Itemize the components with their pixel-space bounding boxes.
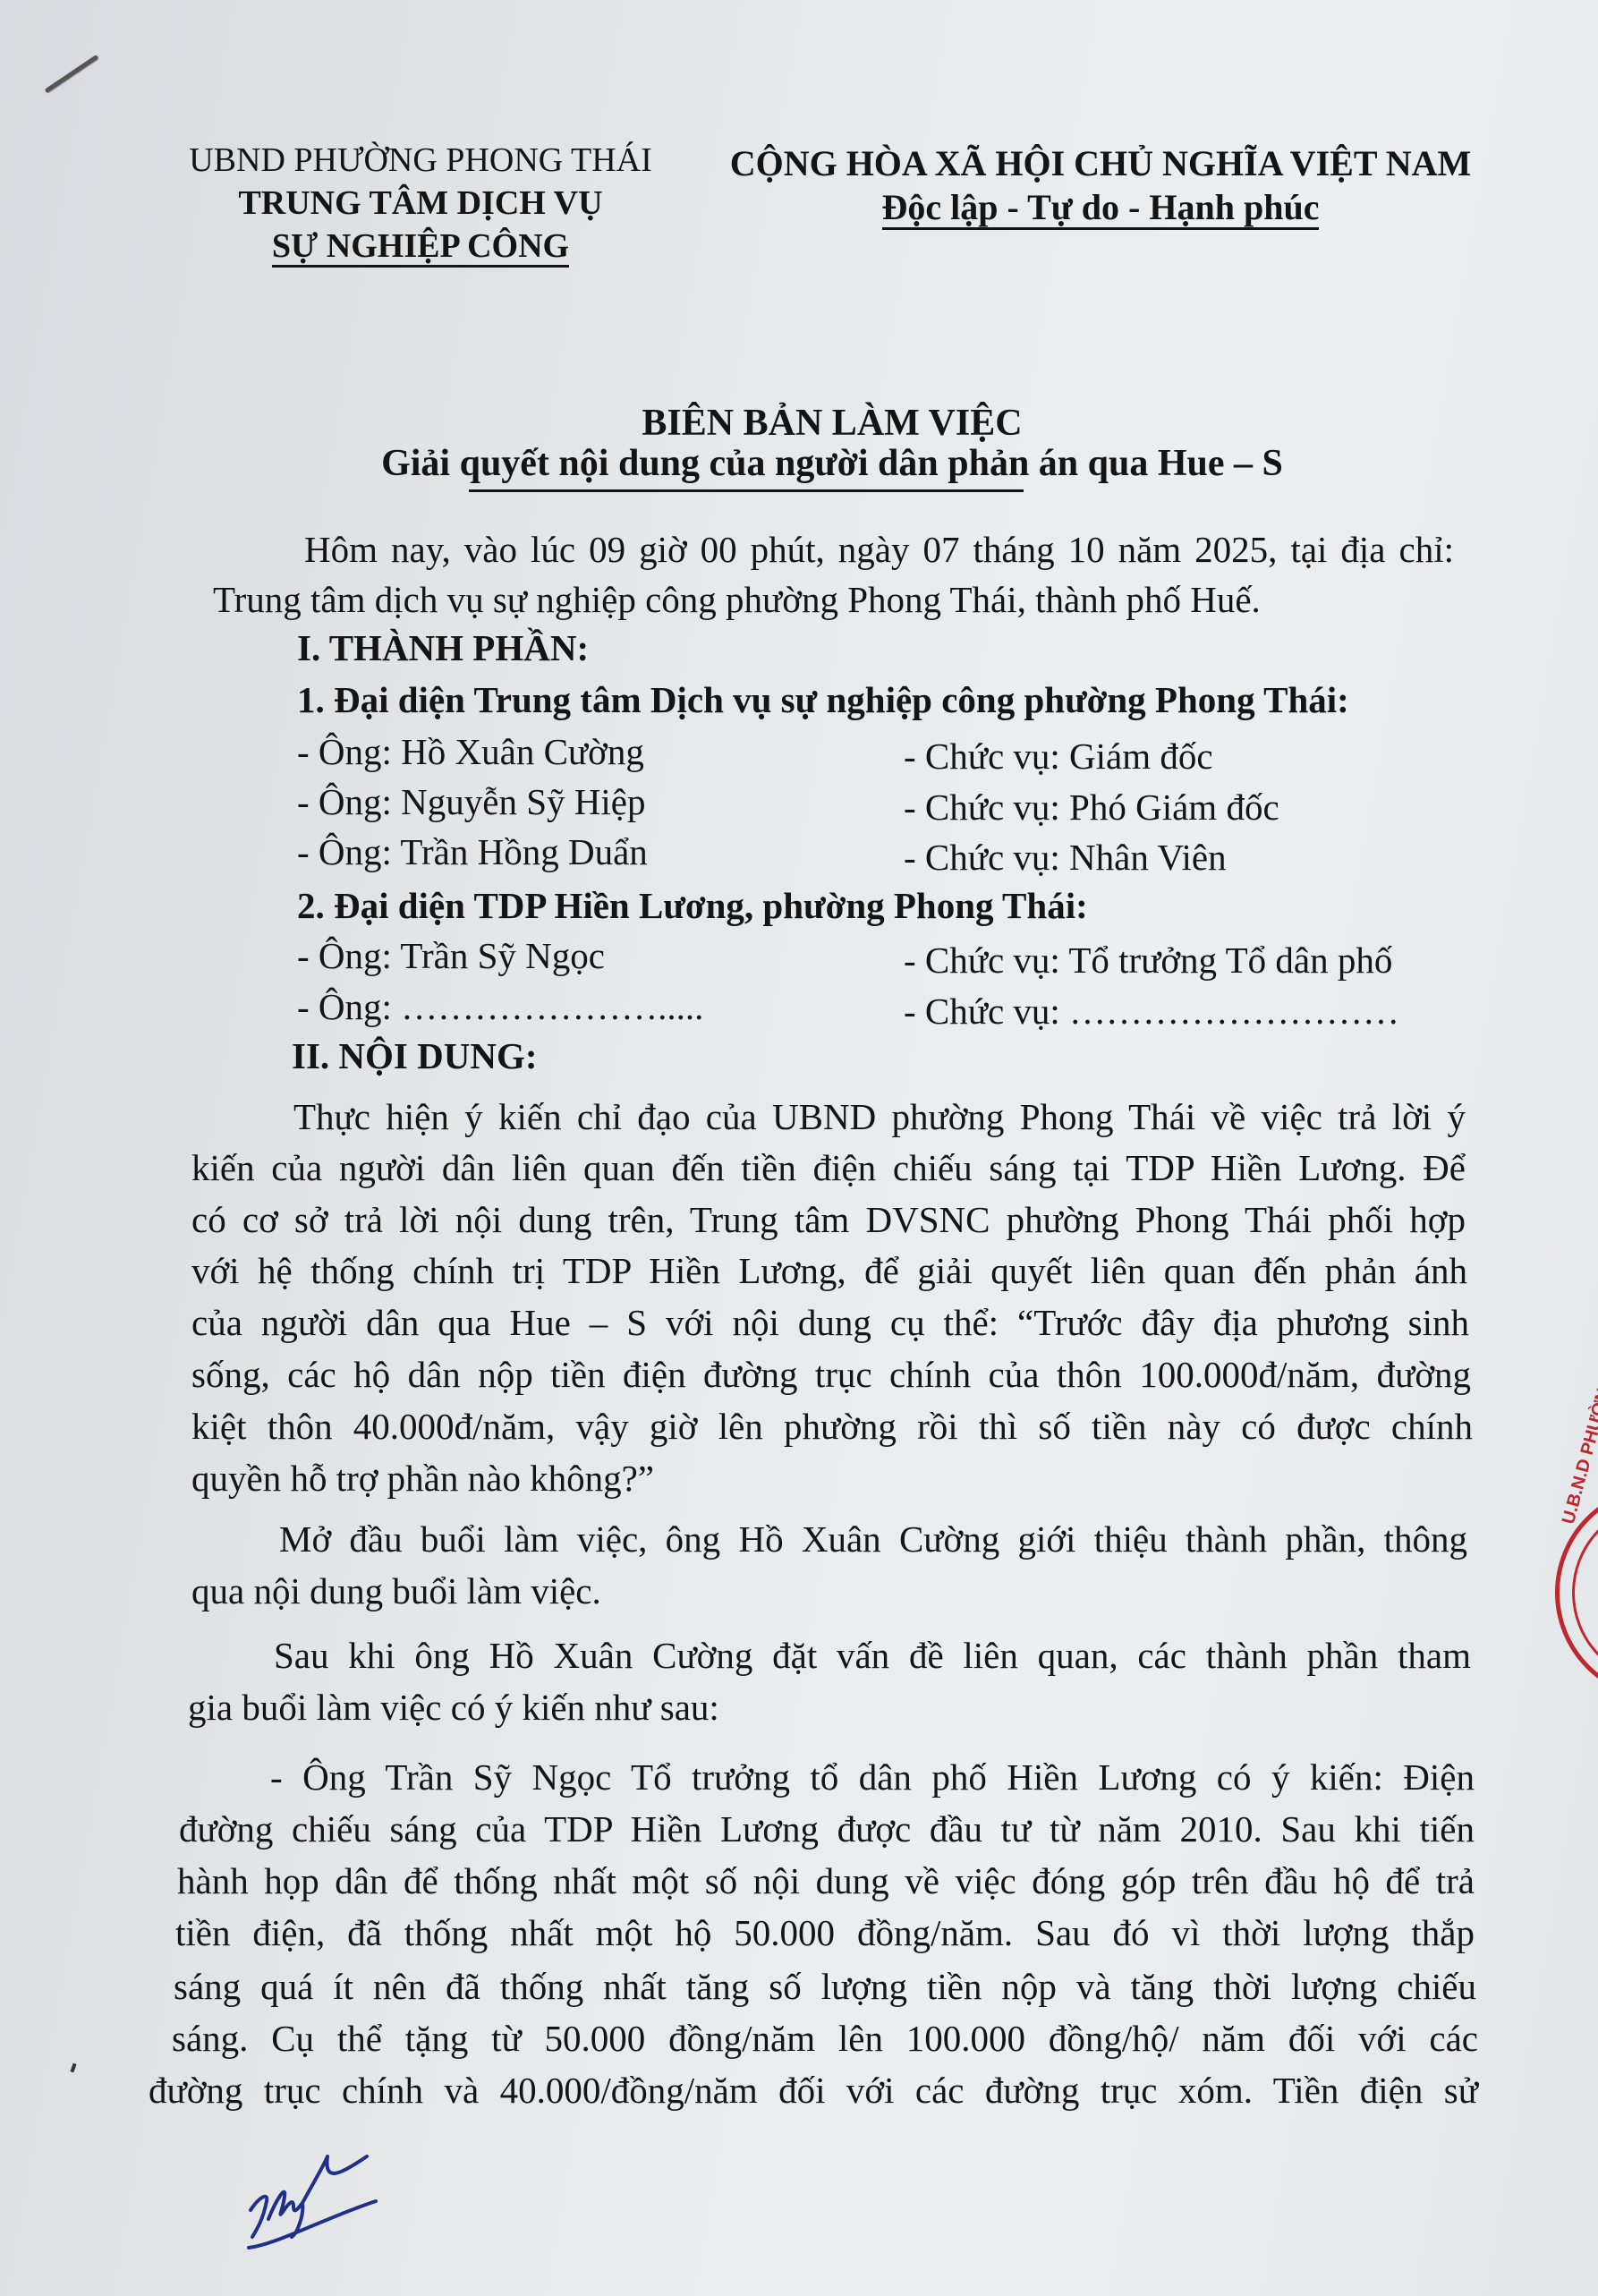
paragraph-line: qua nội dung buổi làm việc. <box>191 1573 601 1610</box>
paragraph-line: Thực hiện ý kiến chỉ đạo của UBND phường… <box>293 1099 1466 1135</box>
member-name: - Ông: Trần Hồng Duẩn <box>297 834 648 871</box>
staple-mark <box>45 55 99 93</box>
document-title: BIÊN BẢN LÀM VIỆC <box>340 404 1324 442</box>
document-subtitle: Giải quyết nội dung của người dân phản á… <box>340 445 1324 482</box>
paragraph-line: kiến của người dân liên quan đến tiền đi… <box>191 1150 1466 1186</box>
member-name: - Ông: Nguyễn Sỹ Hiệp <box>297 784 645 821</box>
member-name: - Ông: …………………..... <box>297 989 703 1025</box>
subtitle-underline <box>469 489 1024 492</box>
member-role: - Chức vụ: Tổ trưởng Tổ dân phố <box>904 942 1392 979</box>
national-motto: Độc lập - Tự do - Hạnh phúc <box>882 187 1320 230</box>
member-name: - Ông: Trần Sỹ Ngọc <box>297 938 605 974</box>
stamp-text: U.B.N.D PHƯỜNG <box>1559 1373 1598 1526</box>
intro-line-2: Trung tâm dịch vụ sự nghiệp công phường … <box>213 582 1261 618</box>
paragraph-line: Sau khi ông Hồ Xuân Cường đặt vấn đề liê… <box>274 1637 1471 1674</box>
paragraph-line: sáng. Cụ thể tặng từ 50.000 đồng/năm lên… <box>172 2020 1478 2057</box>
paragraph-line: có cơ sở trả lời nội dung trên, Trung tâ… <box>191 1202 1466 1238</box>
pen-mark <box>70 2063 76 2073</box>
signature-icon <box>242 2147 403 2264</box>
paragraph-line: đường trục chính và 40.000/đồng/năm đối … <box>149 2072 1478 2109</box>
paragraph-line: tiền điện, đã thống nhất một hộ 50.000 đ… <box>175 1915 1475 1952</box>
paragraph-line: đường chiếu sáng của TDP Hiền Lương được… <box>179 1811 1475 1848</box>
member-role: - Chức vụ: Giám đốc <box>904 738 1213 775</box>
agency-parent: UBND PHƯỜNG PHONG THÁI <box>179 143 662 177</box>
intro-line-1: Hôm nay, vào lúc 09 giờ 00 phút, ngày 07… <box>304 531 1454 568</box>
paragraph-line: gia buổi làm việc có ý kiến như sau: <box>188 1689 719 1726</box>
member-name: - Ông: Hồ Xuân Cường <box>297 734 644 770</box>
national-title: CỘNG HÒA XÃ HỘI CHỦ NGHĨA VIỆT NAM <box>716 146 1485 182</box>
member-role: - Chức vụ: Nhân Viên <box>904 839 1227 876</box>
group-1-heading: 1. Đại diện Trung tâm Dịch vụ sự nghiệp … <box>297 682 1349 719</box>
section-1-heading: I. THÀNH PHẦN: <box>297 630 589 667</box>
paragraph-line: của người dân qua Hue – S với nội dung c… <box>191 1305 1469 1341</box>
member-role: - Chức vụ: ……………………… <box>904 993 1399 1030</box>
agency-name-line2: SỰ NGHIỆP CÔNG <box>272 227 569 268</box>
paragraph-line: quyền hỗ trợ phần nào không?” <box>191 1460 654 1497</box>
member-role: - Chức vụ: Phó Giám đốc <box>904 789 1279 826</box>
paragraph-line: - Ông Trần Sỹ Ngọc Tổ trưởng tổ dân phố … <box>270 1759 1475 1796</box>
paragraph-line: kiệt thôn 40.000đ/năm, vậy giờ lên phườn… <box>191 1408 1473 1445</box>
paragraph-line: sống, các hộ dân nộp tiền điện đường trụ… <box>191 1356 1471 1393</box>
paragraph-line: với hệ thống chính trị TDP Hiền Lương, đ… <box>191 1253 1467 1289</box>
group-2-heading: 2. Đại diện TDP Hiền Lương, phường Phong… <box>297 888 1088 924</box>
agency-name-line1: TRUNG TÂM DỊCH VỤ <box>179 186 662 220</box>
document-page: UBND PHƯỜNG PHONG THÁI TRUNG TÂM DỊCH VỤ… <box>0 0 1598 2296</box>
paragraph-line: hành họp dân để thống nhất một số nội du… <box>177 1863 1475 1900</box>
paragraph-line: Mở đầu buổi làm việc, ông Hồ Xuân Cường … <box>279 1521 1467 1558</box>
paragraph-line: sáng quá ít nên đã thống nhất tăng số lư… <box>174 1969 1476 2005</box>
section-2-heading: II. NỘI DUNG: <box>292 1038 538 1075</box>
